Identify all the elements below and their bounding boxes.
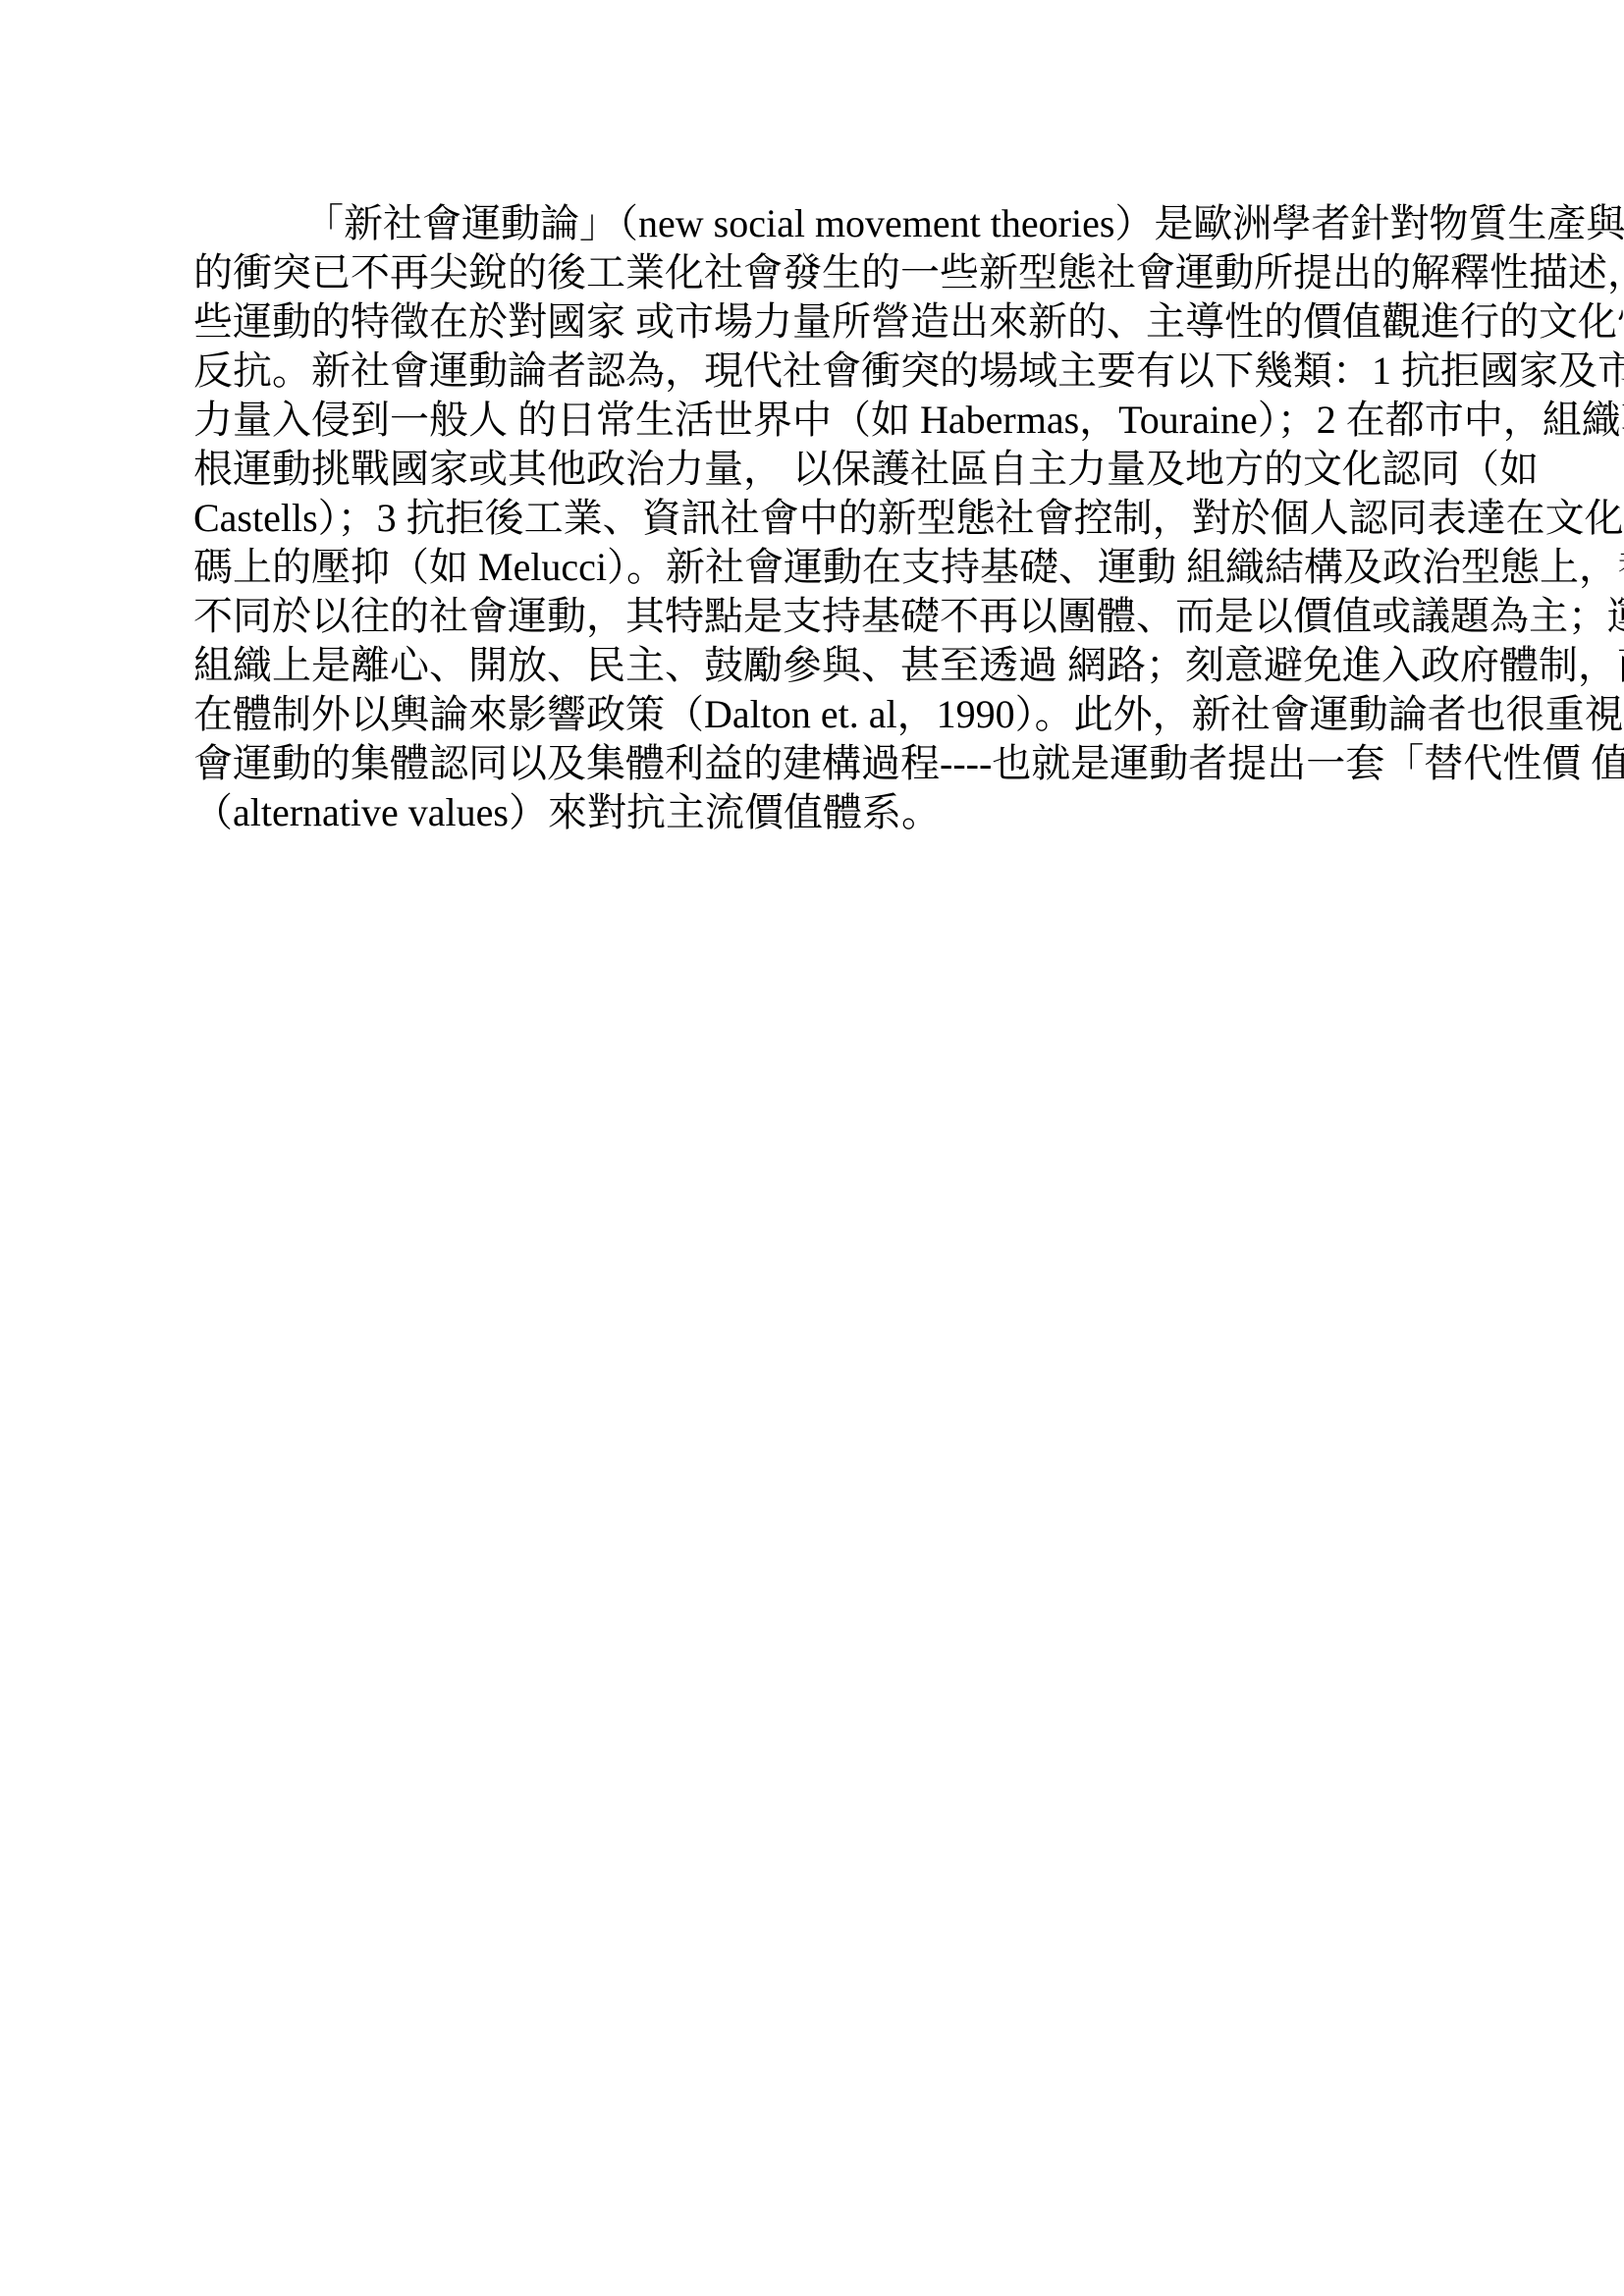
text-line: 會運動的集體認同以及集體利益的建構過程----也就是運動者提出一套「替代性價 值… [193,739,1429,788]
text-line: （alternative values）來對抗主流價值體系。 [193,788,1429,837]
text-line: 的衝突已不再尖銳的後工業化社會發生的一些新型態社會運動所提出的解釋性描述，這 [193,248,1429,297]
text-line: 些運動的特徵在於對國家 或市場力量所營造出來新的、主導性的價值觀進行的文化性 [193,297,1429,347]
text-line: 組織上是離心、開放、民主、鼓勵參與、甚至透過 網路；刻意避免進入政府體制，而 [193,641,1429,690]
document-page: 「新社會運動論」（new social movement theories）是歐… [0,0,1624,2296]
text-line: 碼上的壓抑（如 Melucci）。新社會運動在支持基礎、運動 組織結構及政治型態… [193,543,1429,592]
text-line: 在體制外以輿論來影響政策（Dalton et. al，1990）。此外，新社會運… [193,690,1429,739]
text-line: 不同於以往的社會運動，其特點是支持基礎不再以團體、而是以價值或議題為主；運動 [193,592,1429,641]
text-line: 根運動挑戰國家或其他政治力量， 以保護社區自主力量及地方的文化認同（如 [193,445,1429,494]
text-line: Castells）；3 抗拒後工業、資訊社會中的新型態社會控制，對於個人認同表達… [193,494,1429,543]
text-line: 「新社會運動論」（new social movement theories）是歐… [193,199,1429,248]
text-line: 力量入侵到一般人 的日常生活世界中（如 Habermas，Touraine）；2… [193,396,1429,445]
paragraph: 「新社會運動論」（new social movement theories）是歐… [193,199,1429,837]
text-line: 反抗。新社會運動論者認為，現代社會衝突的場域主要有以下幾類：1 抗拒國家及市場 [193,347,1429,396]
